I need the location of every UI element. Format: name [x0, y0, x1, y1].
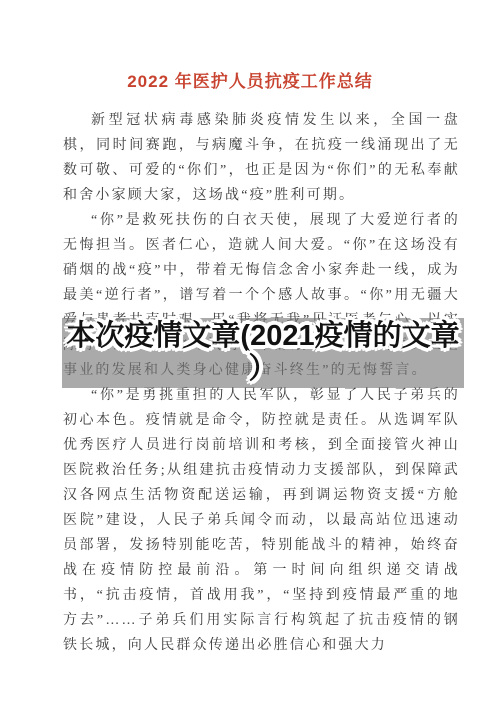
watermark-text-line-1: 本次疫情文章(2021疫情的文章 [66, 320, 459, 353]
watermark-text-line-2: ） [248, 353, 277, 386]
paragraph: 新型冠状病毒感染肺炎疫情发生以来，全国一盘棋，同时间赛跑，与病魔斗争，在抗疫一线… [63, 108, 460, 208]
page-title: 2022 年医护人员抗疫工作总结 [0, 67, 500, 92]
paragraph: “你”是勇挑重担的人民军队，彰显了人民子弟兵的初心本色。疫情就是命令，防控就是责… [63, 383, 460, 658]
watermark-banner: 本次疫情文章(2021疫情的文章 ） [62, 318, 464, 388]
document-page: 2022 年医护人员抗疫工作总结 新型冠状病毒感染肺炎疫情发生以来，全国一盘棋，… [0, 0, 500, 706]
